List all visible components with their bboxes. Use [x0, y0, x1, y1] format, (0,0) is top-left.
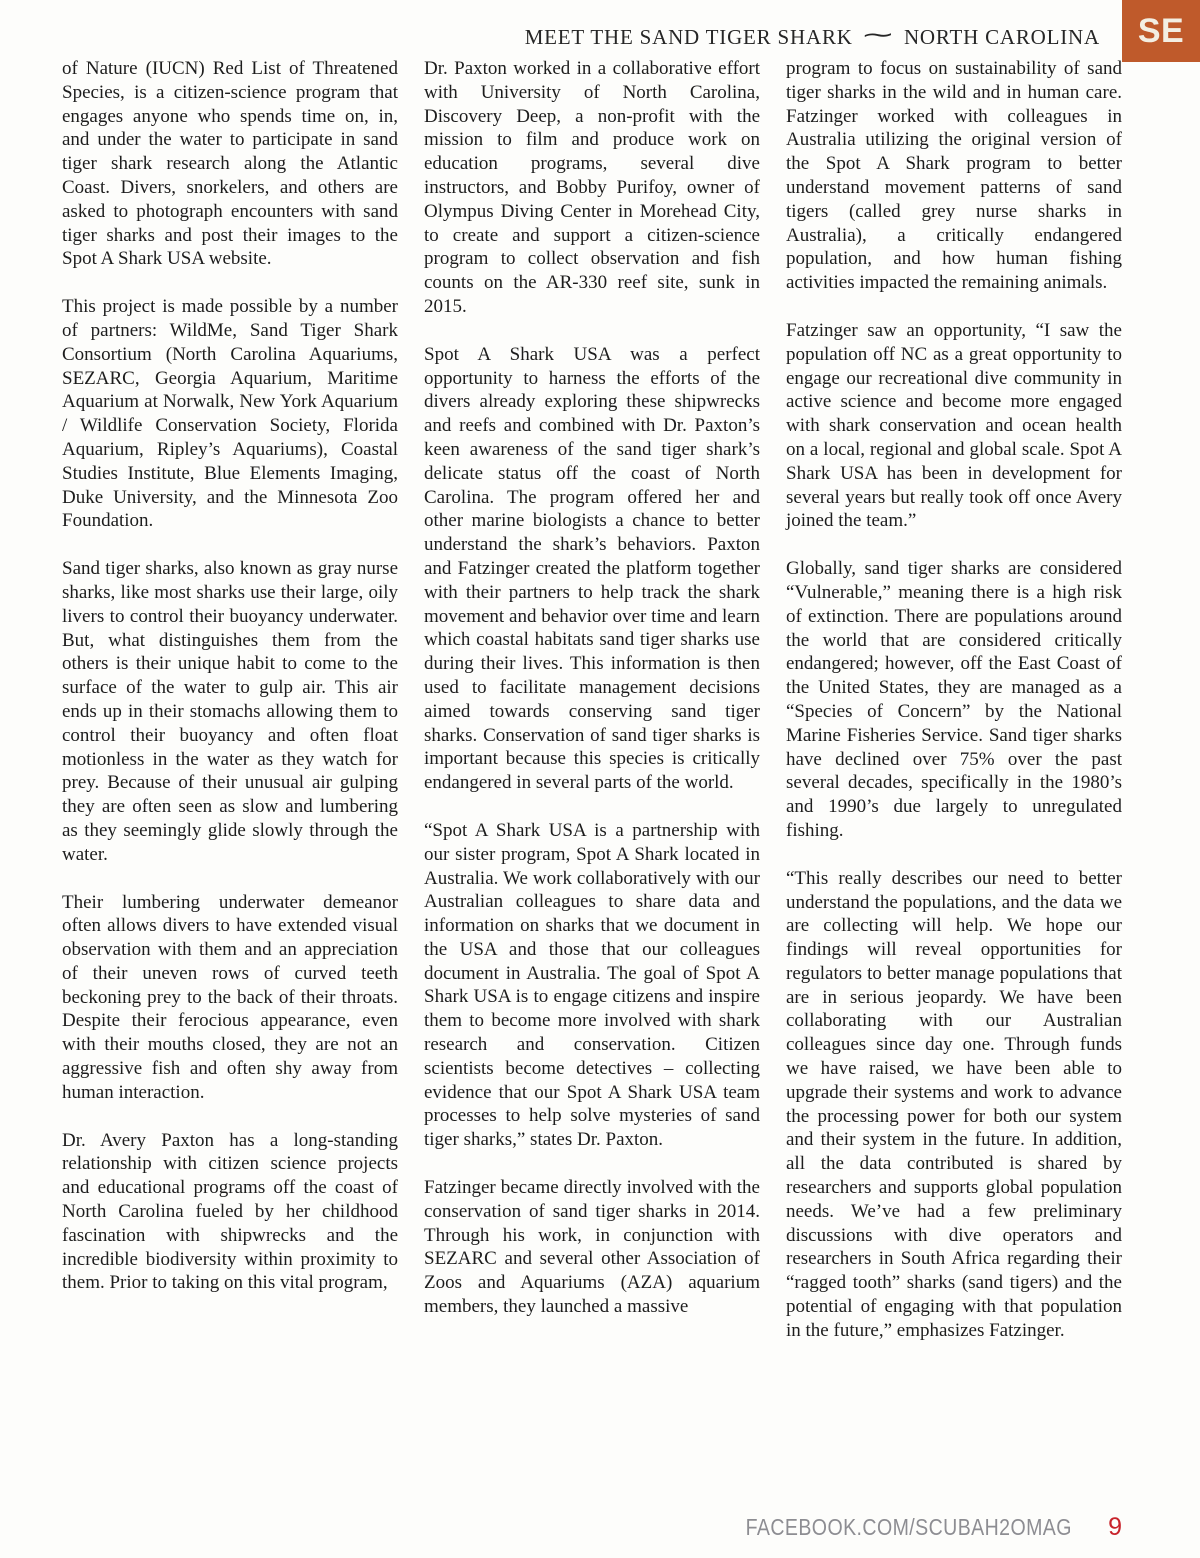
- facebook-url-text: FACEBOOK.COM/SCUBAH2OMAG: [746, 1514, 1072, 1541]
- running-head-left: MEET THE SAND TIGER SHARK: [525, 25, 853, 49]
- paragraph: Dr. Avery Paxton has a long-standing rel…: [62, 1129, 398, 1296]
- article-column-2: Dr. Paxton worked in a collaborative eff…: [424, 57, 760, 1343]
- section-corner-tab: SE: [1122, 0, 1200, 62]
- paragraph: Sand tiger sharks, also known as gray nu…: [62, 557, 398, 866]
- paragraph: Fatzinger saw an opportunity, “I saw the…: [786, 319, 1122, 533]
- article-column-1: of Nature (IUCN) Red List of Threatened …: [62, 57, 398, 1343]
- paragraph: This project is made possible by a numbe…: [62, 295, 398, 533]
- paragraph: Spot A Shark USA was a perfect opportuni…: [424, 343, 760, 795]
- paragraph: “Spot A Shark USA is a partnership with …: [424, 819, 760, 1152]
- tilde-separator-icon: ∼: [860, 22, 897, 48]
- paragraph: Globally, sand tiger sharks are consider…: [786, 557, 1122, 843]
- article-body: of Nature (IUCN) Red List of Threatened …: [62, 57, 1122, 1343]
- paragraph: Fatzinger became directly involved with …: [424, 1176, 760, 1319]
- paragraph: program to focus on sustainability of sa…: [786, 57, 1122, 295]
- running-head: MEET THE SAND TIGER SHARK∼NORTH CAROLINA: [525, 24, 1100, 50]
- page-number: 9: [1108, 1513, 1122, 1542]
- paragraph: Their lumbering underwater demeanor ofte…: [62, 891, 398, 1105]
- paragraph: Dr. Paxton worked in a collaborative eff…: [424, 57, 760, 319]
- page-footer: FACEBOOK.COM/SCUBAH2OMAG 9: [688, 1513, 1122, 1542]
- paragraph: “This really describes our need to bette…: [786, 867, 1122, 1343]
- running-head-right: NORTH CAROLINA: [904, 25, 1100, 49]
- article-column-3: program to focus on sustainability of sa…: [786, 57, 1122, 1343]
- magazine-page: MEET THE SAND TIGER SHARK∼NORTH CAROLINA…: [0, 0, 1200, 1558]
- paragraph: of Nature (IUCN) Red List of Threatened …: [62, 57, 398, 271]
